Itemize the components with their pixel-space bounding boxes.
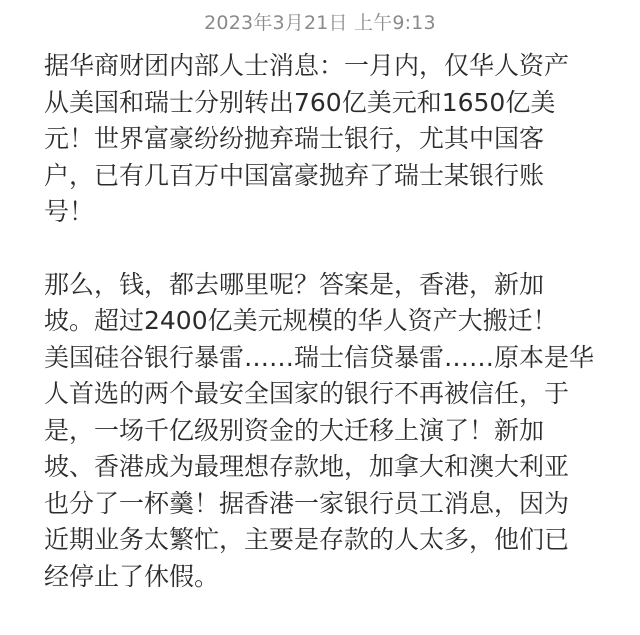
message-timestamp: 2023年3月21日 上午9:13: [0, 8, 640, 35]
text-line: 元！世界富豪纷纷抛弃瑞士银行，尤其中国客: [44, 121, 604, 158]
text-line: 据华商财团内部人士消息：一月内，仅华人资产: [44, 48, 604, 85]
text-line: 户，已有几百万中国富豪抛弃了瑞士某银行账: [44, 158, 604, 195]
text-line: 也分了一杯羹！据香港一家银行员工消息，因为: [44, 486, 604, 523]
paragraph-gap: [44, 231, 604, 267]
text-line: 从美国和瑞士分别转出760亿美元和1650亿美: [44, 85, 604, 122]
paragraph-2: 那么，钱，都去哪里呢？答案是，香港，新加 坡。超过2400亿美元规模的华人资产大…: [44, 267, 604, 596]
text-line: 坡。超过2400亿美元规模的华人资产大搬迁！: [44, 303, 604, 340]
paragraph-1: 据华商财团内部人士消息：一月内，仅华人资产 从美国和瑞士分别转出760亿美元和1…: [44, 48, 604, 231]
message-body: 据华商财团内部人士消息：一月内，仅华人资产 从美国和瑞士分别转出760亿美元和1…: [44, 48, 604, 595]
text-line: 坡、香港成为最理想存款地，加拿大和澳大利亚: [44, 449, 604, 486]
text-line: 那么，钱，都去哪里呢？答案是，香港，新加: [44, 267, 604, 304]
text-line: 经停止了休假。: [44, 559, 604, 596]
text-line: 是，一场千亿级别资金的大迁移上演了！新加: [44, 413, 604, 450]
text-line: 美国硅谷银行暴雷……瑞士信贷暴雷……原本是华: [44, 340, 604, 377]
text-line: 号！: [44, 194, 604, 231]
text-line: 近期业务太繁忙，主要是存款的人太多，他们已: [44, 522, 604, 559]
text-line: 人首选的两个最安全国家的银行不再被信任，于: [44, 376, 604, 413]
